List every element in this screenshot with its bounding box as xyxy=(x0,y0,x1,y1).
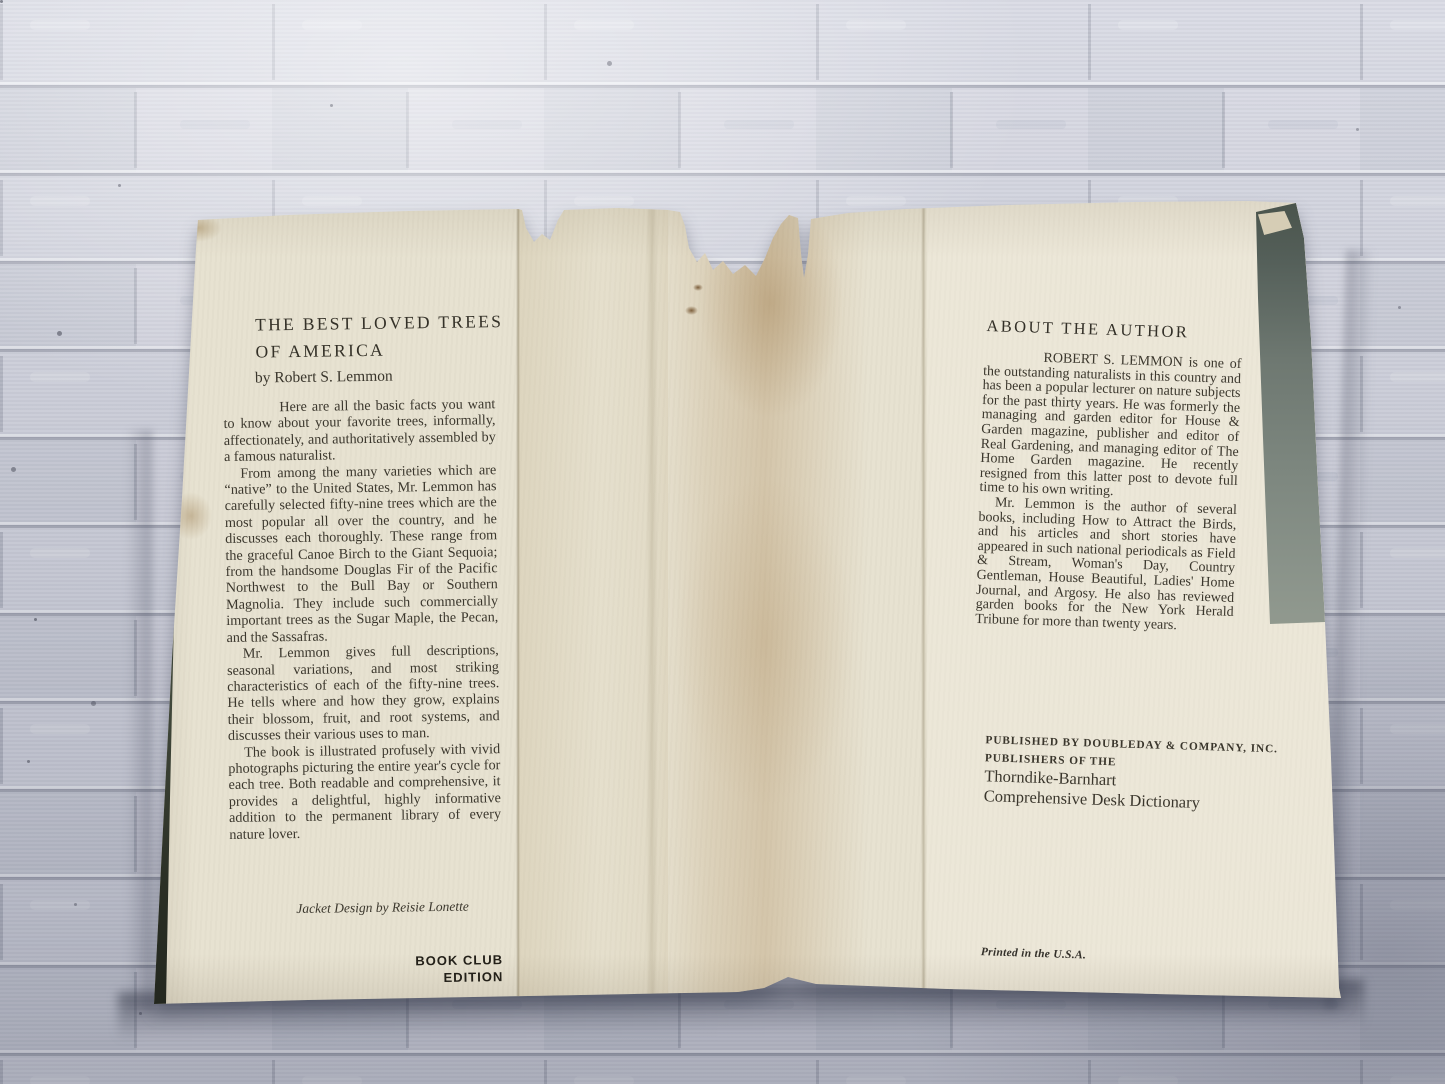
author-bio: ROBERT S. LEMMON is one of the outstandi… xyxy=(975,350,1242,635)
dust-jacket-paper: THE BEST LOVED TREES OF AMERICA by Rober… xyxy=(148,198,1348,1006)
dust-jacket: THE BEST LOVED TREES OF AMERICA by Rober… xyxy=(148,198,1348,1006)
bio-paragraph: Mr. Lemmon is the author of several book… xyxy=(975,496,1237,635)
badge-line2: EDITION xyxy=(443,969,503,985)
book-title-line2: OF AMERICA xyxy=(255,335,503,365)
back-flap-text: ABOUT THE AUTHOR ROBERT S. LEMMON is one… xyxy=(963,310,1248,1008)
bio-paragraph: ROBERT S. LEMMON is one of the outstandi… xyxy=(979,350,1241,504)
badge-line1: BOOK CLUB xyxy=(415,952,503,968)
printed-in-usa: Printed in the U.S.A. xyxy=(981,946,1087,961)
book-title-line1: THE BEST LOVED TREES xyxy=(255,311,503,334)
front-flap-text: THE BEST LOVED TREES OF AMERICA by Rober… xyxy=(222,308,504,1012)
foxing-spot xyxy=(693,284,703,291)
jacket-design-credit: Jacket Design by Reisie Lonette xyxy=(296,899,469,917)
book-title: THE BEST LOVED TREES OF AMERICA xyxy=(255,308,504,365)
byline: by Robert S. Lemmon xyxy=(255,368,393,388)
book-club-edition-badge: BOOK CLUB EDITION xyxy=(415,952,503,986)
flap-paragraph: Mr. Lemmon gives full descriptions, seas… xyxy=(227,642,500,744)
flap-paragraph: The book is illustrated profusely with v… xyxy=(228,741,501,843)
about-the-author-heading: ABOUT THE AUTHOR xyxy=(986,316,1189,342)
foxing-spot xyxy=(685,306,698,315)
front-flap-blurb: Here are all the basic facts you want to… xyxy=(223,396,501,843)
wall-speckles xyxy=(0,0,3,3)
flap-paragraph: From among the many varieties which are … xyxy=(224,462,498,646)
book-jacket-photo: THE BEST LOVED TREES OF AMERICA by Rober… xyxy=(0,0,1445,1084)
edge-stain xyxy=(170,492,212,540)
flap-paragraph: Here are all the basic facts you want to… xyxy=(223,396,496,465)
corner-stain xyxy=(174,214,222,242)
publisher-block: PUBLISHED BY DOUBLEDAY & COMPANY, INC. P… xyxy=(983,731,1278,815)
